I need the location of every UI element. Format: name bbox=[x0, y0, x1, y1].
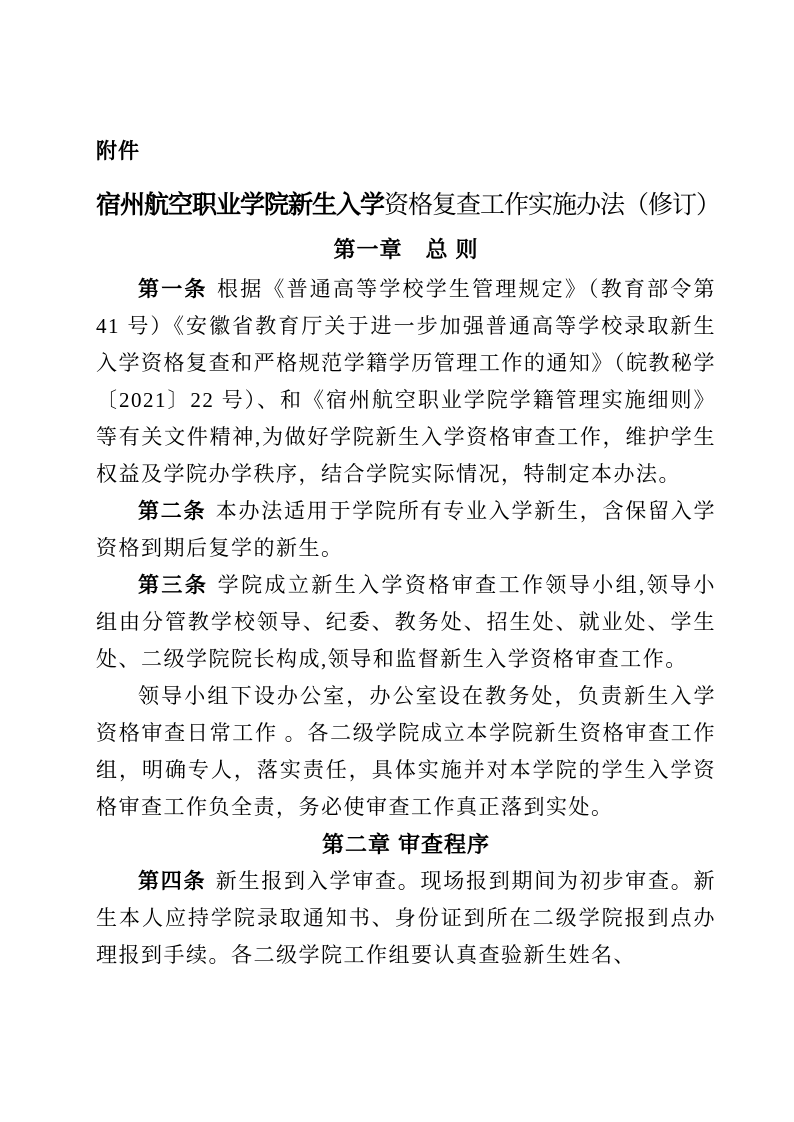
article-5-label: 第四条 bbox=[138, 870, 206, 893]
article-1-paragraph: 第一条根据《普通高等学校学生管理规定》（教育部令第41 号）《安徽省教育厅关于进… bbox=[96, 271, 716, 493]
article-5-paragraph: 第四条新生报到入学审查。现场报到期间为初步审查。新生本人应持学院录取通知书、身份… bbox=[96, 863, 716, 974]
article-2-paragraph: 第二条本办法适用于学院所有专业入学新生，含保留入学资格到期后复学的新生。 bbox=[96, 493, 716, 567]
article-4-text: 领导小组下设办公室，办公室设在教务处，负责新生入学资格审查日常工作 。各二级学院… bbox=[96, 684, 716, 819]
chapter2-heading: 第二章 审查程序 bbox=[96, 826, 716, 863]
article-4-paragraph: 领导小组下设办公室，办公室设在教务处，负责新生入学资格审查日常工作 。各二级学院… bbox=[96, 678, 716, 826]
article-1-label: 第一条 bbox=[138, 278, 208, 301]
document-title: 宿州航空职业学院新生入学资格复查工作实施办法（修订） bbox=[96, 188, 716, 223]
article-1-text: 根据《普通高等学校学生管理规定》（教育部令第41 号）《安徽省教育厅关于进一步加… bbox=[96, 277, 716, 486]
article-3-label: 第三条 bbox=[138, 574, 208, 597]
article-2-label: 第二条 bbox=[138, 500, 206, 523]
chapter1-heading: 第一章 总 则 bbox=[96, 235, 716, 265]
attachment-label: 附件 bbox=[96, 140, 716, 164]
article-3-paragraph: 第三条学院成立新生入学资格审查工作领导小组,领导小组由分管教学校领导、纪委、教务… bbox=[96, 567, 716, 678]
document-title-emphasis: 宿州航空职业学院新生入学 bbox=[96, 191, 384, 219]
document-title-rest: 资格复查工作实施办法（修订） bbox=[384, 192, 720, 219]
document-page: 附件 宿州航空职业学院新生入学资格复查工作实施办法（修订） 第一章 总 则 第一… bbox=[0, 0, 794, 1122]
